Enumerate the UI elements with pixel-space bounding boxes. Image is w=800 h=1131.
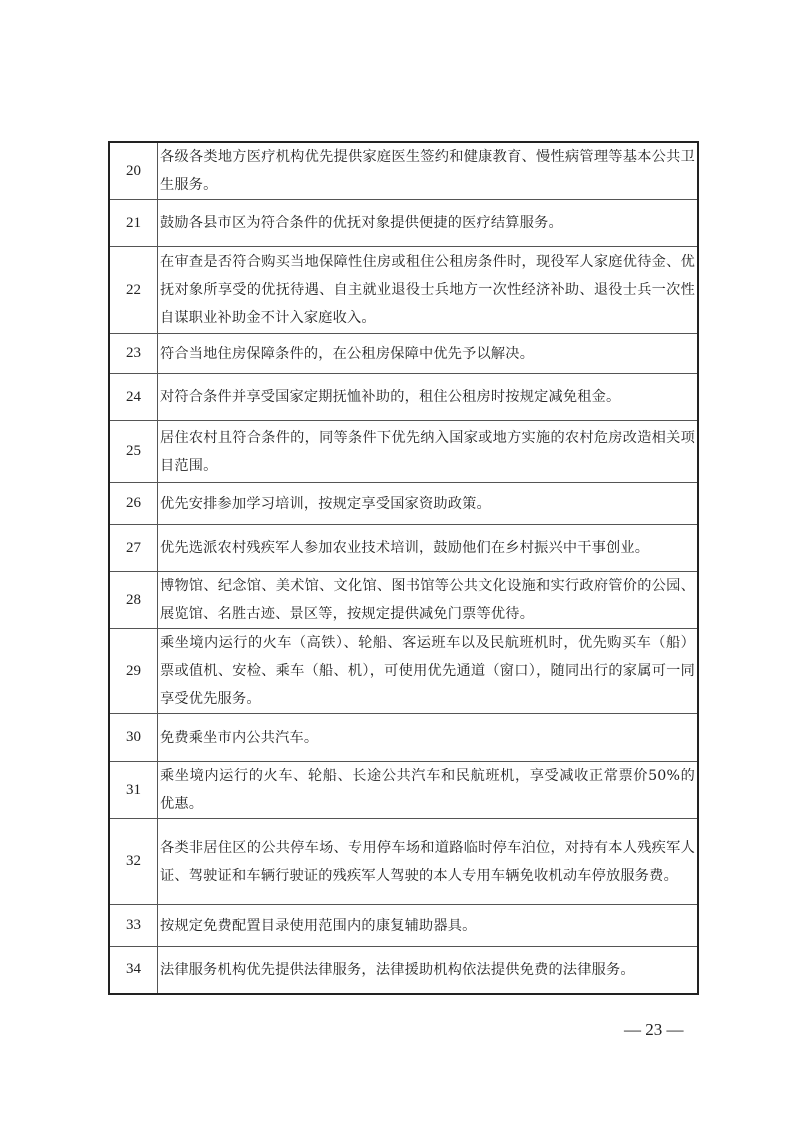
row-text: 居住农村且符合条件的，同等条件下优先纳入国家或地方实施的农村危房改造相关项目范围…	[158, 421, 698, 483]
row-number: 24	[110, 374, 158, 421]
row-text: 乘坐境内运行的火车、轮船、长途公共汽车和民航班机，享受减收正常票价50%的优惠。	[158, 762, 698, 819]
table-row: 21鼓励各县市区为符合条件的优抚对象提供便捷的医疗结算服务。	[110, 200, 697, 247]
table-row: 26优先安排参加学习培训，按规定享受国家资助政策。	[110, 483, 697, 525]
row-text: 按规定免费配置目录使用范围内的康复辅助器具。	[158, 905, 698, 947]
row-number: 27	[110, 525, 158, 572]
row-number: 34	[110, 947, 158, 993]
table-row: 29乘坐境内运行的火车（高铁）、轮船、客运班车以及民航班机时，优先购买车（船）票…	[110, 629, 697, 714]
row-text: 各类非居住区的公共停车场、专用停车场和道路临时停车泊位，对持有本人残疾军人证、驾…	[158, 819, 698, 905]
benefits-table: 20各级各类地方医疗机构优先提供家庭医生签约和健康教育、慢性病管理等基本公共卫生…	[108, 141, 699, 995]
table-row: 22在审查是否符合购买当地保障性住房或租住公租房条件时，现役军人家庭优待金、优抚…	[110, 247, 697, 334]
row-text: 对符合条件并享受国家定期抚恤补助的，租住公租房时按规定减免租金。	[158, 374, 698, 421]
row-text: 乘坐境内运行的火车（高铁）、轮船、客运班车以及民航班机时，优先购买车（船）票或值…	[158, 629, 698, 714]
row-text: 优先选派农村残疾军人参加农业技术培训，鼓励他们在乡村振兴中干事创业。	[158, 525, 698, 572]
row-number: 32	[110, 819, 158, 905]
row-text: 符合当地住房保障条件的，在公租房保障中优先予以解决。	[158, 334, 698, 374]
row-number: 23	[110, 334, 158, 374]
page-number: — 23 —	[624, 1020, 684, 1040]
table-row: 25居住农村且符合条件的，同等条件下优先纳入国家或地方实施的农村危房改造相关项目…	[110, 421, 697, 483]
row-number: 25	[110, 421, 158, 483]
row-text: 法律服务机构优先提供法律服务，法律援助机构依法提供免费的法律服务。	[158, 947, 698, 993]
table-body: 20各级各类地方医疗机构优先提供家庭医生签约和健康教育、慢性病管理等基本公共卫生…	[110, 143, 697, 993]
row-number: 33	[110, 905, 158, 947]
table-row: 30免费乘坐市内公共汽车。	[110, 714, 697, 762]
row-number: 20	[110, 143, 158, 200]
row-number: 30	[110, 714, 158, 762]
table-row: 33按规定免费配置目录使用范围内的康复辅助器具。	[110, 905, 697, 947]
row-number: 26	[110, 483, 158, 525]
row-text: 各级各类地方医疗机构优先提供家庭医生签约和健康教育、慢性病管理等基本公共卫生服务…	[158, 143, 698, 200]
row-number: 28	[110, 572, 158, 629]
table-row: 34法律服务机构优先提供法律服务，法律援助机构依法提供免费的法律服务。	[110, 947, 697, 993]
table-row: 23符合当地住房保障条件的，在公租房保障中优先予以解决。	[110, 334, 697, 374]
table-row: 32各类非居住区的公共停车场、专用停车场和道路临时停车泊位，对持有本人残疾军人证…	[110, 819, 697, 905]
table-row: 20各级各类地方医疗机构优先提供家庭医生签约和健康教育、慢性病管理等基本公共卫生…	[110, 143, 697, 200]
benefits-table-grid: 20各级各类地方医疗机构优先提供家庭医生签约和健康教育、慢性病管理等基本公共卫生…	[110, 143, 697, 993]
table-row: 31乘坐境内运行的火车、轮船、长途公共汽车和民航班机，享受减收正常票价50%的优…	[110, 762, 697, 819]
table-row: 27优先选派农村残疾军人参加农业技术培训，鼓励他们在乡村振兴中干事创业。	[110, 525, 697, 572]
row-text: 优先安排参加学习培训，按规定享受国家资助政策。	[158, 483, 698, 525]
row-text: 免费乘坐市内公共汽车。	[158, 714, 698, 762]
row-number: 31	[110, 762, 158, 819]
table-row: 28博物馆、纪念馆、美术馆、文化馆、图书馆等公共文化设施和实行政府管价的公园、展…	[110, 572, 697, 629]
row-number: 22	[110, 247, 158, 334]
row-text: 鼓励各县市区为符合条件的优抚对象提供便捷的医疗结算服务。	[158, 200, 698, 247]
row-text: 在审查是否符合购买当地保障性住房或租住公租房条件时，现役军人家庭优待金、优抚对象…	[158, 247, 698, 334]
document-page: 20各级各类地方医疗机构优先提供家庭医生签约和健康教育、慢性病管理等基本公共卫生…	[0, 0, 800, 1131]
row-number: 21	[110, 200, 158, 247]
row-number: 29	[110, 629, 158, 714]
table-row: 24对符合条件并享受国家定期抚恤补助的，租住公租房时按规定减免租金。	[110, 374, 697, 421]
row-text: 博物馆、纪念馆、美术馆、文化馆、图书馆等公共文化设施和实行政府管价的公园、展览馆…	[158, 572, 698, 629]
